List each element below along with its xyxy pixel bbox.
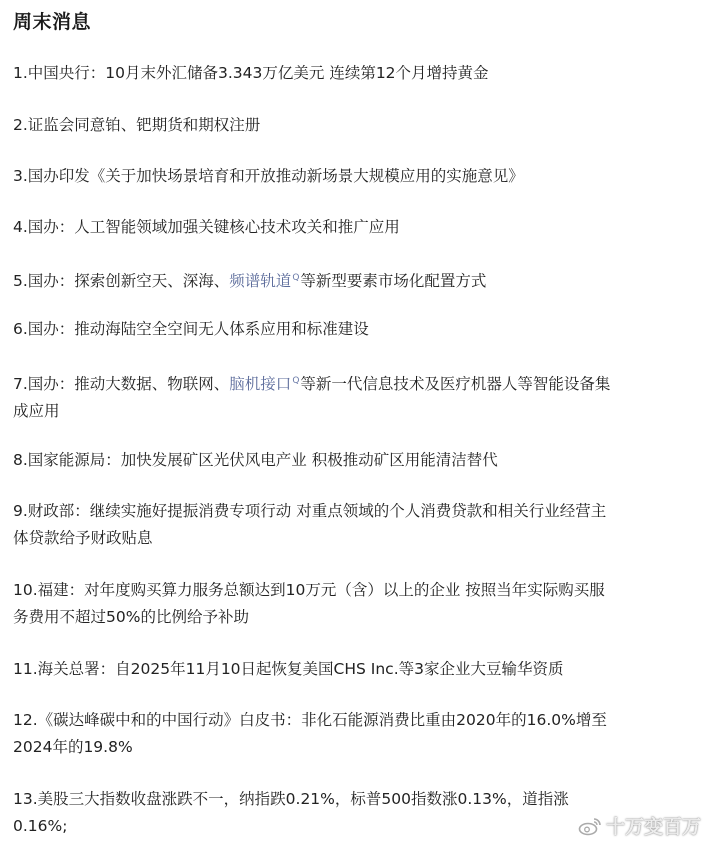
search-icon[interactable]: Q bbox=[292, 273, 299, 283]
item-text: 8.国家能源局：加快发展矿区光伏风电产业 积极推动矿区用能清洁替代 bbox=[13, 451, 498, 469]
news-item-2: 2.证监会同意铂、钯期货和期权注册 bbox=[13, 112, 703, 139]
search-link-bci[interactable]: 脑机接口 bbox=[229, 375, 291, 393]
news-item-6: 6.国办：推动海陆空全空间无人体系应用和标准建设 bbox=[13, 316, 703, 343]
item-text: 9.财政部：继续实施好提振消费专项行动 对重点领域的个人消费贷款和相关行业经营主 bbox=[13, 502, 606, 520]
weibo-logo-icon bbox=[578, 816, 602, 836]
item-text: 1.中国央行：10月末外汇储备3.343万亿美元 连续第12个月增持黄金 bbox=[13, 64, 489, 82]
item-text: 5.国办：探索创新空天、深海、 bbox=[13, 272, 229, 290]
item-text: 等新一代信息技术及医疗机器人等智能设备集 bbox=[300, 375, 610, 393]
item-text: 成应用 bbox=[13, 402, 60, 420]
watermark-text: 十万变百万 bbox=[606, 812, 701, 839]
item-text: 6.国办：推动海陆空全空间无人体系应用和标准建设 bbox=[13, 320, 369, 338]
weibo-watermark: 十万变百万 bbox=[578, 812, 701, 839]
item-text: 12.《碳达峰碳中和的中国行动》白皮书：非化石能源消费比重由2020年的16.0… bbox=[13, 711, 607, 729]
item-text: 7.国办：推动大数据、物联网、 bbox=[13, 375, 229, 393]
item-text: 2024年的19.8% bbox=[13, 738, 133, 756]
item-text: 3.国办印发《关于加快场景培育和开放推动新场景大规模应用的实施意见》 bbox=[13, 167, 524, 185]
item-text: 2.证监会同意铂、钯期货和期权注册 bbox=[13, 116, 260, 134]
search-link-spectrum-orbit[interactable]: 频谱轨道 bbox=[229, 272, 291, 290]
news-item-10: 10.福建：对年度购买算力服务总额达到10万元（含）以上的企业 按照当年实际购买… bbox=[13, 577, 703, 631]
news-item-9: 9.财政部：继续实施好提振消费专项行动 对重点领域的个人消费贷款和相关行业经营主… bbox=[13, 498, 703, 552]
item-text: 11.海关总署：自2025年11月10日起恢复美国CHS Inc.等3家企业大豆… bbox=[13, 660, 564, 678]
news-item-8: 8.国家能源局：加快发展矿区光伏风电产业 积极推动矿区用能清洁替代 bbox=[13, 447, 703, 474]
news-item-5: 5.国办：探索创新空天、深海、频谱轨道Q等新型要素市场化配置方式 bbox=[13, 265, 703, 295]
news-item-4: 4.国办：人工智能领域加强关键核心技术攻关和推广应用 bbox=[13, 214, 703, 241]
page-title: 周末消息 bbox=[13, 8, 91, 36]
item-text: 务费用不超过50%的比例给予补助 bbox=[13, 608, 249, 626]
item-text: 4.国办：人工智能领域加强关键核心技术攻关和推广应用 bbox=[13, 218, 400, 236]
item-text: 0.16%; bbox=[13, 817, 67, 835]
news-item-12: 12.《碳达峰碳中和的中国行动》白皮书：非化石能源消费比重由2020年的16.0… bbox=[13, 707, 703, 761]
item-text: 10.福建：对年度购买算力服务总额达到10万元（含）以上的企业 按照当年实际购买… bbox=[13, 581, 605, 599]
search-icon[interactable]: Q bbox=[292, 376, 299, 386]
news-item-11: 11.海关总署：自2025年11月10日起恢复美国CHS Inc.等3家企业大豆… bbox=[13, 656, 703, 683]
item-text: 13.美股三大指数收盘涨跌不一，纳指跌0.21%，标普500指数涨0.13%，道… bbox=[13, 790, 569, 808]
item-text: 等新型要素市场化配置方式 bbox=[300, 272, 486, 290]
news-item-1: 1.中国央行：10月末外汇储备3.343万亿美元 连续第12个月增持黄金 bbox=[13, 60, 703, 87]
item-text: 体贷款给予财政贴息 bbox=[13, 529, 153, 547]
news-item-7: 7.国办：推动大数据、物联网、脑机接口Q等新一代信息技术及医疗机器人等智能设备集… bbox=[13, 368, 703, 425]
news-item-3: 3.国办印发《关于加快场景培育和开放推动新场景大规模应用的实施意见》 bbox=[13, 163, 703, 190]
